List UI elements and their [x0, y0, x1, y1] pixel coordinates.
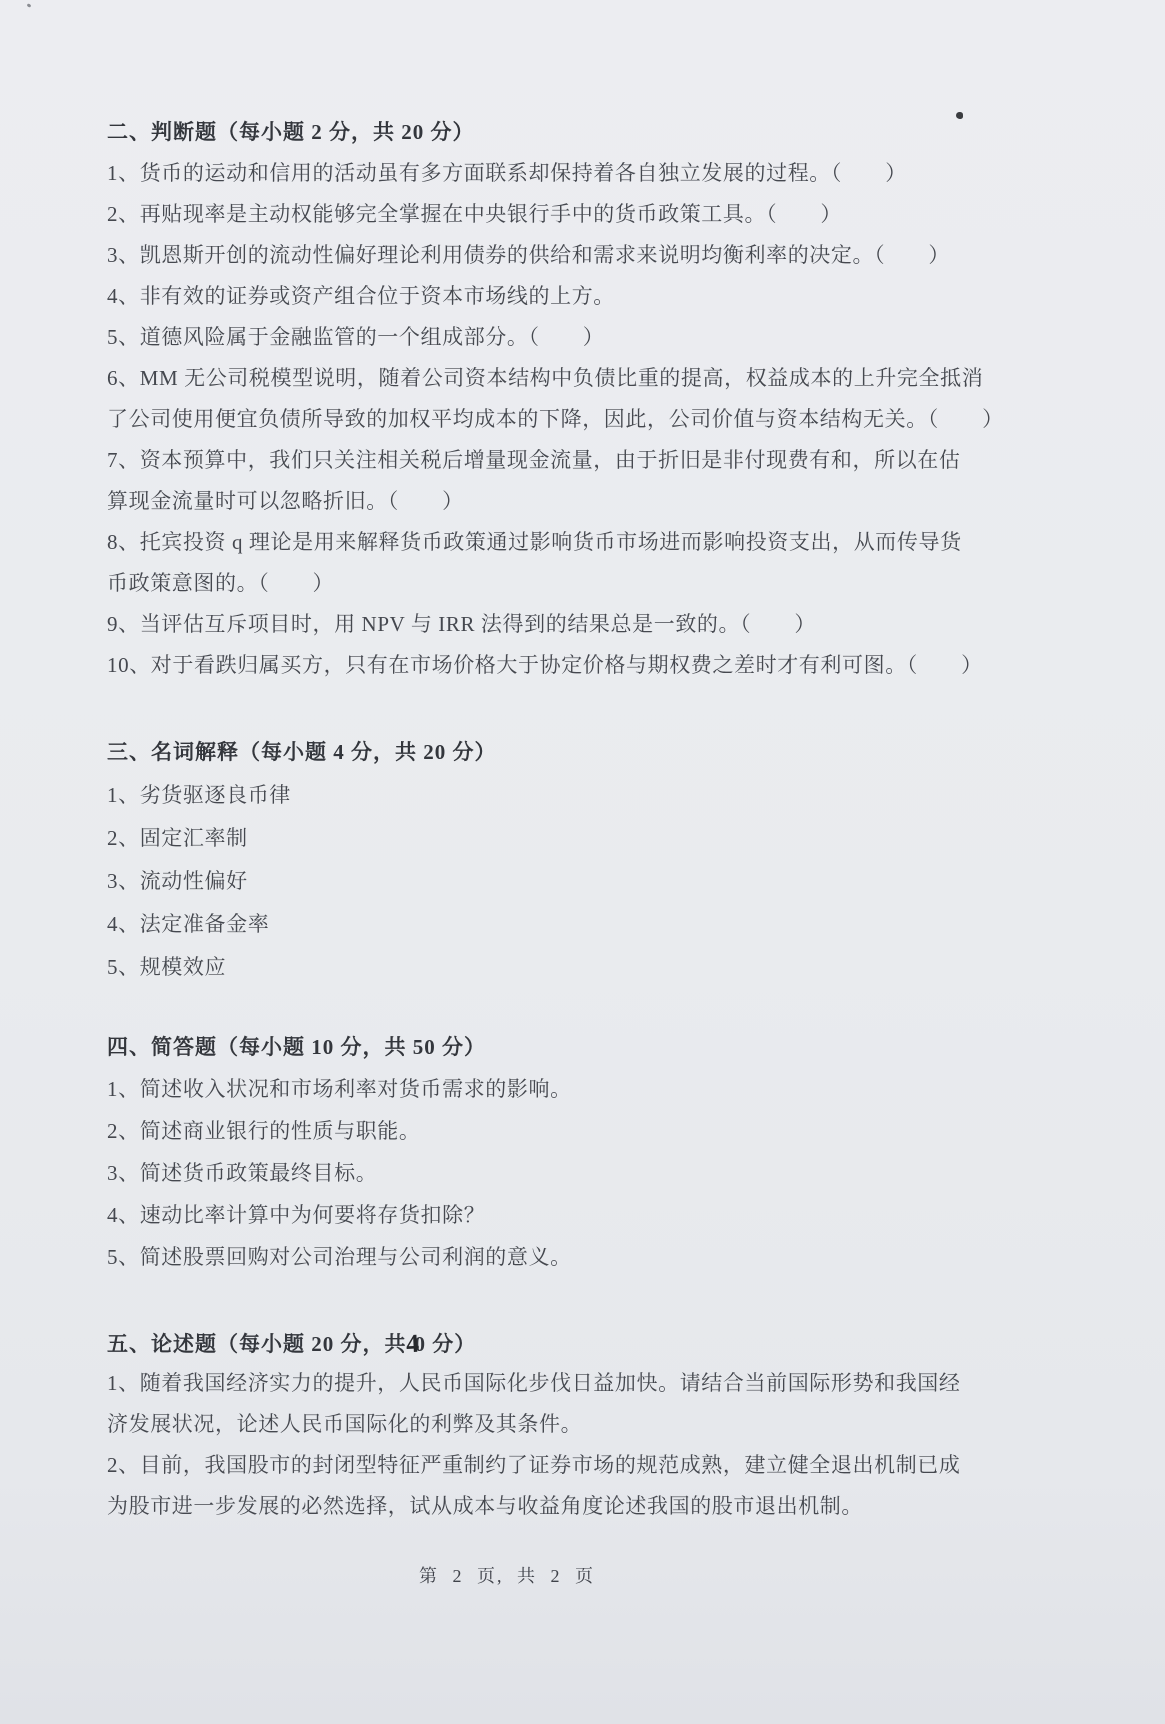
question-line: 1、简述收入状况和市场利率对货币需求的影响。 [107, 1068, 947, 1110]
question-line: 2、简述商业银行的性质与职能。 [107, 1110, 947, 1152]
scan-artifact-dot [956, 112, 963, 119]
question-line: 5、道德风险属于金融监管的一个组成部分。（ ） [107, 317, 947, 358]
question-line: 4、法定准备金率 [107, 903, 947, 946]
question-line: 1、随着我国经济实力的提升，人民币国际化步伐日益加快。请结合当前国际形势和我国经 [107, 1363, 947, 1404]
section-heading: 二、判断题（每小题 2 分，共 20 分） [107, 112, 947, 153]
question-line: 8、托宾投资 q 理论是用来解释货币政策通过影响货币市场进而影响投资支出，从而传… [107, 522, 947, 563]
question-line-continuation: 币政策意图的。（ ） [107, 563, 947, 604]
question-line: 3、流动性偏好 [107, 860, 947, 903]
question-line: 2、固定汇率制 [107, 817, 947, 860]
section-heading: 四、简答题（每小题 10 分，共 50 分） [107, 1026, 947, 1068]
question-line: 5、简述股票回购对公司治理与公司利润的意义。 [107, 1236, 947, 1278]
question-line: 4、非有效的证券或资产组合位于资本市场线的上方。 [107, 276, 947, 317]
section-judgment-questions: 二、判断题（每小题 2 分，共 20 分） 1、货币的运动和信用的活动虽有多方面… [107, 112, 947, 686]
section-heading: 五、论述题（每小题 20 分，共40 分） [107, 1322, 947, 1363]
question-line: 10、对于看跌归属买方，只有在市场价格大于协定价格与期权费之差时才有利可图。（ … [107, 645, 947, 686]
question-line: 2、目前，我国股市的封闭型特征严重制约了证券市场的规范成熟，建立健全退出机制已成 [107, 1445, 947, 1486]
question-line: 9、当评估互斥项目时，用 NPV 与 IRR 法得到的结果总是一致的。（ ） [107, 604, 947, 645]
question-line: 1、劣货驱逐良币律 [107, 774, 947, 817]
heading-text: 五、论述题（每小题 20 分，共 [107, 1332, 407, 1356]
page-number-footer: 第 2 页, 共 2 页 [107, 1556, 907, 1596]
question-line-continuation: 了公司使用便宜负债所导致的加权平均成本的下降，因此，公司价值与资本结构无关。（ … [107, 399, 947, 440]
section-heading: 三、名词解释（每小题 4 分，共 20 分） [107, 731, 947, 774]
question-line-continuation: 济发展状况，论述人民币国际化的利弊及其条件。 [107, 1404, 947, 1445]
question-line: 1、货币的运动和信用的活动虽有多方面联系却保持着各自独立发展的过程。（ ） [107, 153, 947, 194]
question-line-continuation: 为股市进一步发展的必然选择，试从成本与收益角度论述我国的股市退出机制。 [107, 1486, 947, 1527]
question-line: 3、简述货币政策最终目标。 [107, 1152, 947, 1194]
question-line: 2、再贴现率是主动权能够完全掌握在中央银行手中的货币政策工具。（ ） [107, 194, 947, 235]
section-term-definitions: 三、名词解释（每小题 4 分，共 20 分） 1、劣货驱逐良币律 2、固定汇率制… [107, 731, 947, 989]
scan-artifact-dot [27, 3, 32, 8]
question-line: 7、资本预算中，我们只关注相关税后增量现金流量，由于折旧是非付现费有和，所以在估 [107, 440, 947, 481]
question-line: 6、MM 无公司税模型说明，随着公司资本结构中负债比重的提高，权益成本的上升完全… [107, 358, 947, 399]
question-line: 4、速动比率计算中为何要将存货扣除？ [107, 1194, 947, 1236]
handwritten-overwrite-mark: 4 [404, 1323, 420, 1365]
section-short-answer: 四、简答题（每小题 10 分，共 50 分） 1、简述收入状况和市场利率对货币需… [107, 1026, 947, 1278]
heading-text: 0 分） [415, 1332, 477, 1356]
question-line: 3、凯恩斯开创的流动性偏好理论利用债券的供给和需求来说明均衡利率的决定。（ ） [107, 235, 947, 276]
section-essay: 五、论述题（每小题 20 分，共40 分） 1、随着我国经济实力的提升，人民币国… [107, 1322, 947, 1527]
scanned-exam-page: 二、判断题（每小题 2 分，共 20 分） 1、货币的运动和信用的活动虽有多方面… [0, 0, 1165, 1724]
question-line-continuation: 算现金流量时可以忽略折旧。（ ） [107, 481, 947, 522]
question-line: 5、规模效应 [107, 946, 947, 989]
